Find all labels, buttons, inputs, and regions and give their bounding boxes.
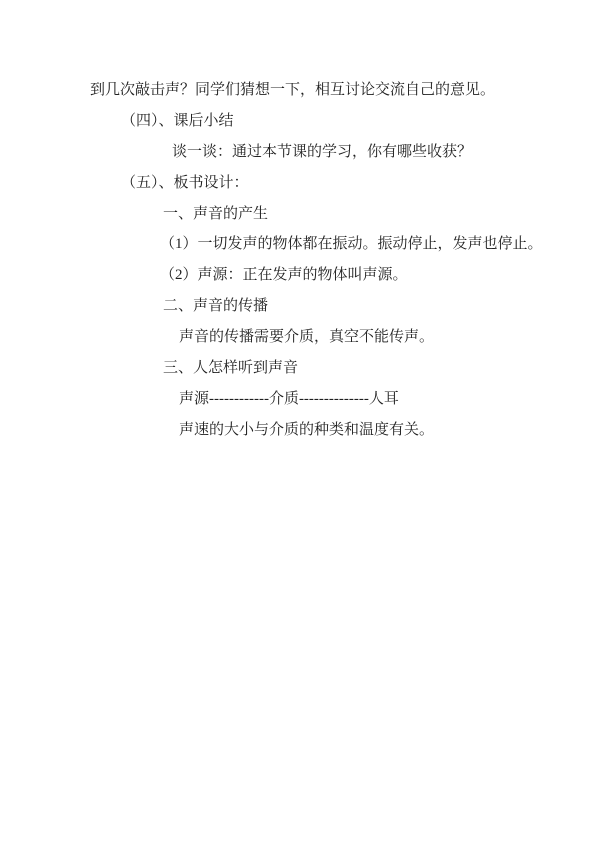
document-page: 到几次敲击声？同学们猜想一下，相互讨论交流自己的意见。 （四）、课后小结 谈一谈… bbox=[0, 0, 595, 842]
board-heading-1: 一、声音的产生 bbox=[0, 199, 595, 230]
section-heading-4: （四）、课后小结 bbox=[0, 106, 595, 137]
board-heading-2: 二、声音的传播 bbox=[0, 291, 595, 322]
sound-path-diagram-line: 声源------------介质--------------人耳 bbox=[0, 384, 595, 415]
board-item-1-1: （1）一切发声的物体都在振动。振动停止，发声也停止。 bbox=[0, 229, 595, 260]
board-item-2-1: 声音的传播需要介质，真空不能传声。 bbox=[0, 322, 595, 353]
board-item-1-2: （2）声源：正在发声的物体叫声源。 bbox=[0, 260, 595, 291]
sound-speed-note-line: 声速的大小与介质的种类和温度有关。 bbox=[0, 415, 595, 446]
section-heading-5: （五）、板书设计： bbox=[0, 168, 595, 199]
board-heading-3: 三、人怎样听到声音 bbox=[0, 353, 595, 384]
summary-discussion-line: 谈一谈：通过本节课的学习，你有哪些收获？ bbox=[0, 137, 595, 168]
document-text-block: 到几次敲击声？同学们猜想一下，相互讨论交流自己的意见。 （四）、课后小结 谈一谈… bbox=[0, 75, 595, 446]
paragraph-continuation-line: 到几次敲击声？同学们猜想一下，相互讨论交流自己的意见。 bbox=[0, 75, 595, 106]
